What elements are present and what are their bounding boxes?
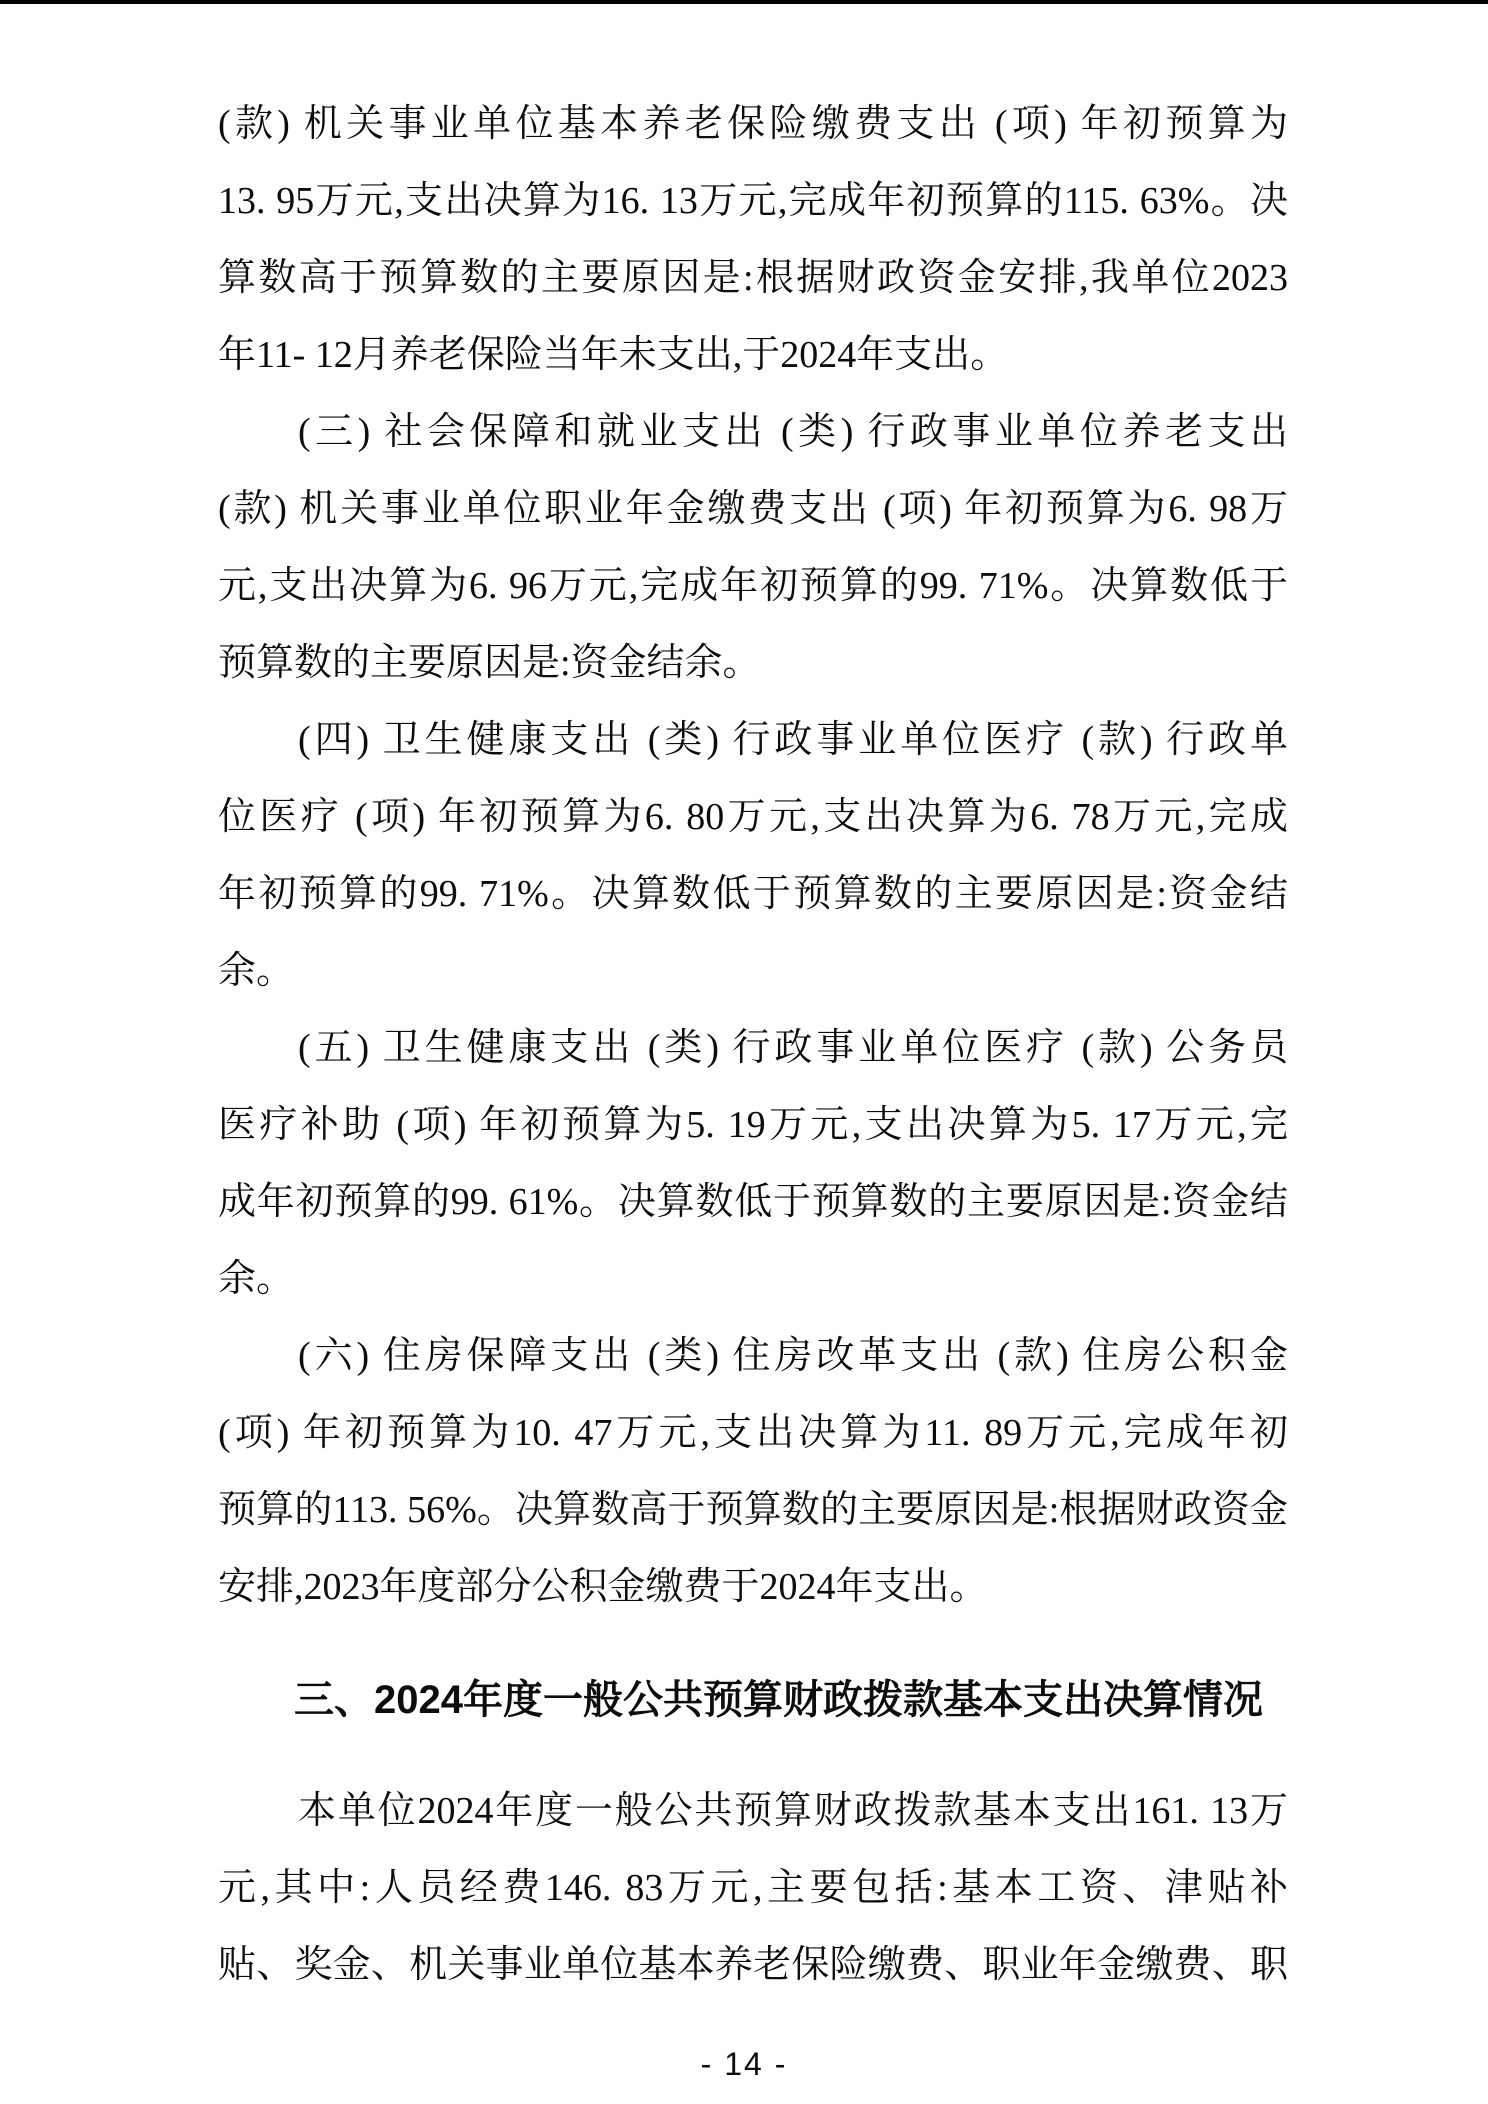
text-line: 成年初预算的99. 61%。决算数低于预算数的主要原因是:资金结 [218,1164,1288,1241]
text-line: 医疗补助 (项) 年初预算为5. 19万元,支出决算为5. 17万元,完 [218,1087,1288,1164]
text-line: 位医疗 (项) 年初预算为6. 80万元,支出决算为6. 78万元,完成 [218,779,1288,856]
text-line: 算数高于预算数的主要原因是:根据财政资金安排,我单位2023 [218,240,1288,317]
paragraph-item-five: (五) 卫生健康支出 (类) 行政事业单位医疗 (款) 公务员 医疗补助 (项)… [218,1010,1288,1318]
text-line: (三) 社会保障和就业支出 (类) 行政事业单位养老支出 [218,394,1288,471]
text-line: 余。 [218,1241,1288,1318]
text-line: 预算的113. 56%。决算数高于预算数的主要原因是:根据财政资金 [218,1472,1288,1549]
section-heading: 三、2024年度一般公共预算财政拨款基本支出决算情况 [218,1662,1288,1739]
text-line: 本单位2024年度一般公共预算财政拨款基本支出161. 13万 [218,1773,1288,1850]
text-line: (六) 住房保障支出 (类) 住房改革支出 (款) 住房公积金 [218,1318,1288,1395]
text-line: (款) 机关事业单位基本养老保险缴费支出 (项) 年初预算为 [218,86,1288,163]
text-line: (项) 年初预算为10. 47万元,支出决算为11. 89万元,完成年初 [218,1395,1288,1472]
paragraph-item-three: (三) 社会保障和就业支出 (类) 行政事业单位养老支出 (款) 机关事业单位职… [218,394,1288,702]
paragraph-item-six: (六) 住房保障支出 (类) 住房改革支出 (款) 住房公积金 (项) 年初预算… [218,1318,1288,1626]
text-line: (四) 卫生健康支出 (类) 行政事业单位医疗 (款) 行政单 [218,702,1288,779]
scanned-document-page: { "page": { "background": "#ffffff", "te… [0,0,1488,2104]
text-line: 年11- 12月养老保险当年未支出,于2024年支出。 [218,317,1288,394]
page-number: - 14 - [0,2042,1488,2086]
text-line: (五) 卫生健康支出 (类) 行政事业单位医疗 (款) 公务员 [218,1010,1288,1087]
text-line: 余。 [218,933,1288,1010]
text-line: 预算数的主要原因是:资金结余。 [218,625,1288,702]
paragraph-pension-contribution: (款) 机关事业单位基本养老保险缴费支出 (项) 年初预算为 13. 95万元,… [218,86,1288,394]
text-line: 安排,2023年度部分公积金缴费于2024年支出。 [218,1549,1288,1626]
text-line: 元,其中:人员经费146. 83万元,主要包括:基本工资、津贴补 [218,1850,1288,1927]
scan-top-edge-bar [0,0,1488,4]
document-body: (款) 机关事业单位基本养老保险缴费支出 (项) 年初预算为 13. 95万元,… [218,86,1288,2004]
text-line: 13. 95万元,支出决算为16. 13万元,完成年初预算的115. 63%。决 [218,163,1288,240]
text-line: 元,支出决算为6. 96万元,完成年初预算的99. 71%。决算数低于 [218,548,1288,625]
text-line: 年初预算的99. 71%。决算数低于预算数的主要原因是:资金结 [218,856,1288,933]
text-line: 贴、奖金、机关事业单位基本养老保险缴费、职业年金缴费、职 [218,1927,1288,2004]
text-line: (款) 机关事业单位职业年金缴费支出 (项) 年初预算为6. 98万 [218,471,1288,548]
paragraph-basic-expenditure: 本单位2024年度一般公共预算财政拨款基本支出161. 13万 元,其中:人员经… [218,1773,1288,2004]
paragraph-item-four: (四) 卫生健康支出 (类) 行政事业单位医疗 (款) 行政单 位医疗 (项) … [218,702,1288,1010]
